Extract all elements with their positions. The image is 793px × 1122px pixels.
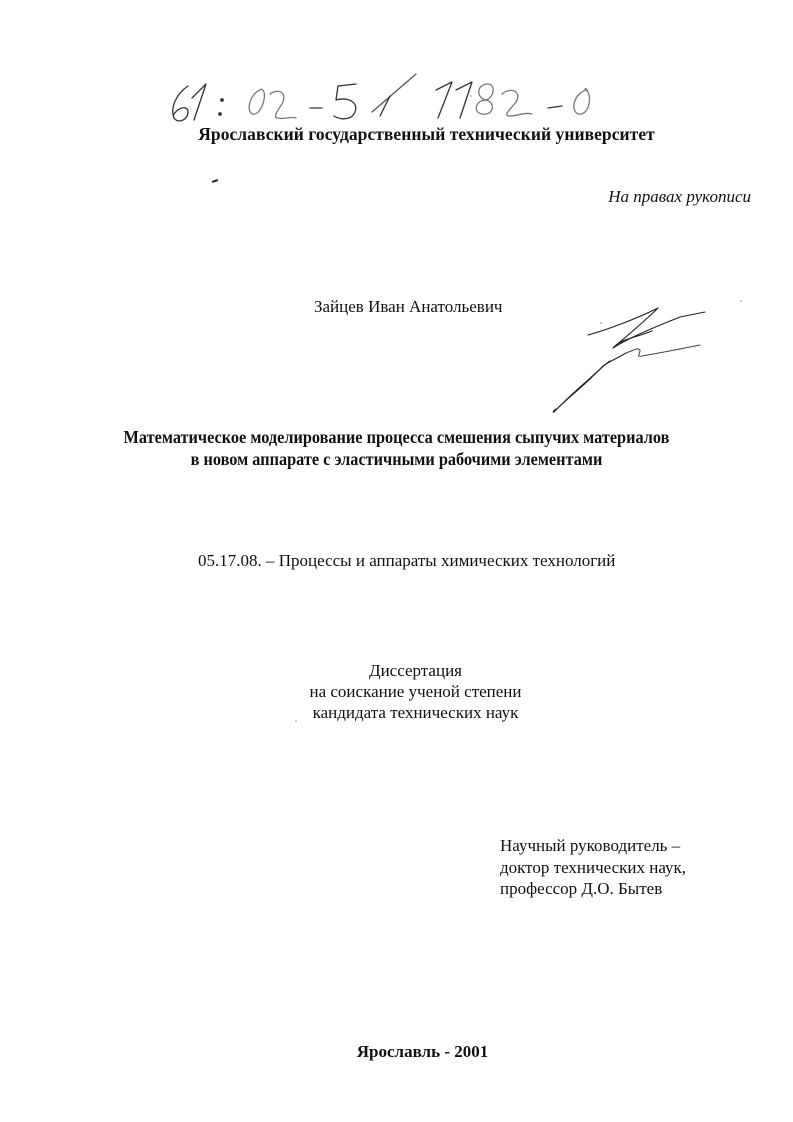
- advisor-line-1: Научный руководитель –: [500, 835, 686, 857]
- scan-speck: [295, 720, 297, 722]
- advisor-line-2: доктор технических наук,: [500, 857, 686, 879]
- thesis-line-2: на соискание ученой степени: [38, 681, 793, 702]
- specialty-code: 05.17.08. – Процессы и аппараты химическ…: [198, 551, 615, 571]
- author-name: Зайцев Иван Анатольевич: [314, 297, 502, 317]
- scan-speck: [470, 95, 472, 97]
- manuscript-rights-note: На правах рукописи: [608, 187, 751, 207]
- university-name: Ярославский государственный технический …: [0, 124, 793, 145]
- title-line-1: Математическое моделирование процесса см…: [28, 426, 765, 448]
- scan-speck: [740, 300, 742, 302]
- place-and-year: Ярославль - 2001: [0, 1042, 793, 1062]
- scientific-advisor: Научный руководитель – доктор технически…: [500, 835, 686, 900]
- stray-mark: [212, 179, 218, 183]
- handwritten-archive-number: 61: 02-5/ 1182-0: [160, 68, 600, 130]
- thesis-line-1: Диссертация: [38, 660, 793, 681]
- thesis-line-3: кандидата технических наук: [38, 702, 793, 723]
- title-line-2: в новом аппарате с эластичными рабочими …: [28, 448, 765, 470]
- advisor-line-3: профессор Д.О. Бытев: [500, 878, 686, 900]
- scan-speck: [600, 322, 602, 324]
- thesis-description: Диссертация на соискание ученой степени …: [0, 660, 793, 723]
- dissertation-title: Математическое моделирование процесса см…: [0, 426, 793, 470]
- signature-icon: [540, 295, 720, 420]
